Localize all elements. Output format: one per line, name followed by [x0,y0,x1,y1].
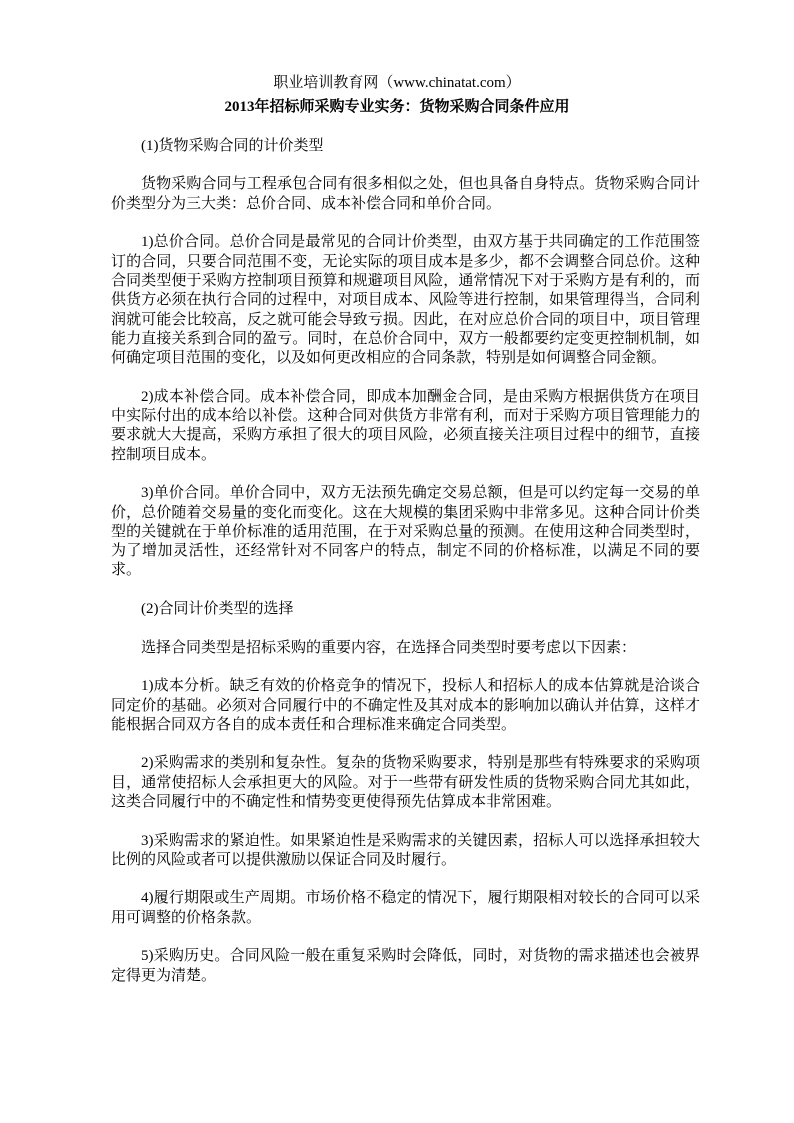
page-title: 2013年招标师采购专业实务：货物采购合同条件应用 [94,98,700,117]
paragraph: (1)货物采购合同的计价类型 [111,137,700,156]
paragraph: 4)履行期限或生产周期。市场价格不稳定的情况下，履行期限相对较长的合同可以采用可… [111,889,700,928]
paragraph: 5)采购历史。合同风险一般在重复采购时会降低，同时，对货物的需求描述也会被界定得… [111,947,700,986]
paragraph: 3)采购需求的紧迫性。如果紧迫性是采购需求的关键因素，招标人可以选择承担较大比例… [111,832,700,871]
paragraph: 2)采购需求的类别和复杂性。复杂的货物采购要求，特别是那些有特殊要求的采购项目，… [111,754,700,812]
paragraph: 货物采购合同与工程承包合同有很多相似之处，但也具备自身特点。货物采购合同计价类型… [111,175,700,214]
document-body: (1)货物采购合同的计价类型货物采购合同与工程承包合同有很多相似之处，但也具备自… [94,137,700,986]
paragraph: 选择合同类型是招标采购的重要内容，在选择合同类型时要考虑以下因素： [111,639,700,658]
paragraph: (2)合同计价类型的选择 [111,600,700,619]
paragraph: 1)总价合同。总价合同是最常见的合同计价类型，由双方基于共同确定的工作范围签订的… [111,233,700,368]
paragraph: 1)成本分析。缺乏有效的价格竞争的情况下，投标人和招标人的成本估算就是洽谈合同定… [111,677,700,735]
paragraph: 2)成本补偿合同。成本补偿合同，即成本加酬金合同，是由采购方根据供货方在项目中实… [111,388,700,465]
site-header: 职业培训教育网（www.chinatat.com） [94,74,700,93]
paragraph: 3)单价合同。单价合同中，双方无法预先确定交易总额，但是可以约定每一交易的单价，… [111,484,700,580]
document-page: 职业培训教育网（www.chinatat.com） 2013年招标师采购专业实务… [0,0,794,1123]
